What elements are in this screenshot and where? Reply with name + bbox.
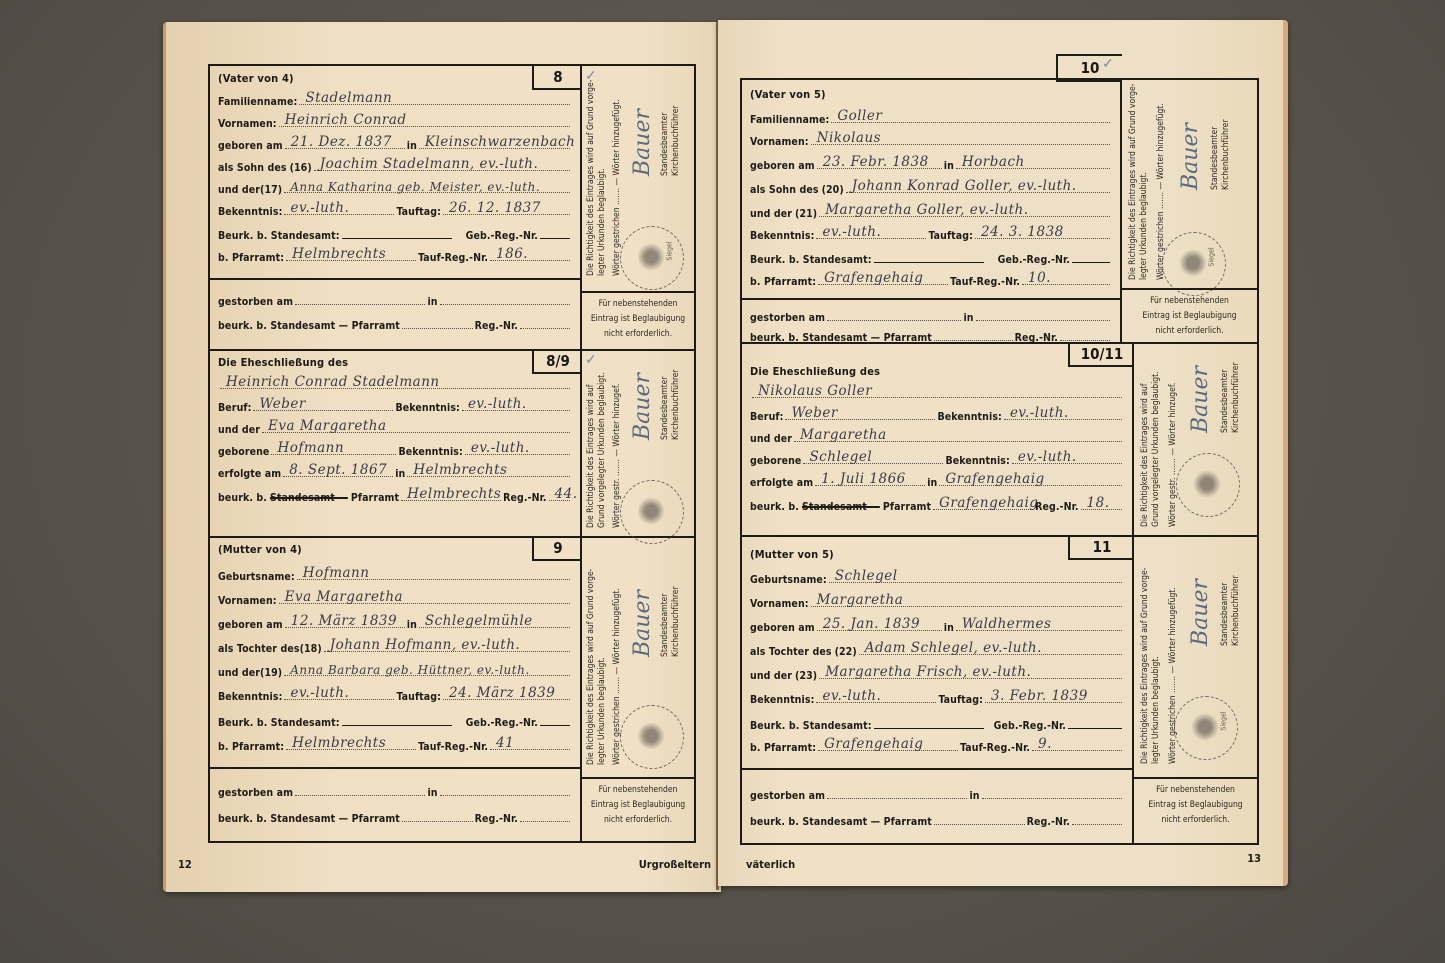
entry-number: 8/9	[532, 350, 582, 374]
marriage-entry: 8/9 ✓ Die Eheschließung des Heinrich Con…	[210, 350, 694, 538]
groom-row: Nikolaus Goller	[750, 381, 1124, 401]
standesamt-row: Beurk. b. Standesamt:Geb.-Reg.-Nr.	[218, 709, 572, 729]
death-registry-row: beurk. b. Standesamt — PfarramtReg.-Nr.	[218, 312, 572, 332]
eagle-icon	[1179, 249, 1207, 277]
bekenntnis-row: Bekenntnis:ev.-luth.Tauftag:24. 3. 1838	[750, 222, 1112, 242]
mother-entry: 9 (Mutter von 4) Geburtsname:Hofmann Vor…	[210, 537, 694, 841]
mother-fields: 9 (Mutter von 4) Geburtsname:Hofmann Vor…	[210, 537, 582, 841]
entry-heading: (Vater von 5)	[750, 88, 826, 101]
father-entry: 10 ✓ (Vater von 5) Familienname:Goller V…	[742, 80, 1257, 344]
entry-heading: (Vater von 4)	[218, 72, 294, 85]
pfarramt-value: Helmbrechts	[292, 246, 386, 262]
geburtsname-row: Geburtsname:Hofmann	[218, 563, 572, 583]
gestorben-row: gestorben amin	[218, 779, 572, 799]
certification-column: Die Richtigkeit des Eintrages wird aufGr…	[1134, 343, 1257, 535]
father-entry: 8 ✓ (Vater von 4) Familienname:Stadelman…	[210, 66, 694, 351]
officer-roles: StandesbeamterKirchenbuchführer	[660, 586, 682, 657]
certification-column: Die Richtigkeit des Eintrages wird auf G…	[582, 537, 694, 841]
und-der-row: und der (23)Margaretha Frisch, ev.-luth.	[750, 662, 1124, 682]
bride-row: und derMargaretha	[750, 425, 1124, 445]
pfarramt-row: b. Pfarramt:GrafengehaigTauf-Reg.-Nr.10.	[750, 268, 1112, 288]
death-registry-row: beurk. b. Standesamt — PfarramtReg.-Nr.	[218, 805, 572, 825]
pfarramt-row: b. Pfarramt:HelmbrechtsTauf-Reg.-Nr.41	[218, 733, 572, 753]
signature: Bauer	[1178, 123, 1203, 190]
signature: Bauer	[630, 109, 655, 176]
groom-value: Heinrich Conrad Stadelmann	[226, 374, 440, 390]
standesamt-row: Beurk. b. Standesamt:Geb.-Reg.-Nr.	[218, 222, 572, 242]
entry-heading: (Mutter von 4)	[218, 543, 302, 556]
und-der-row: und der (21)Margaretha Goller, ev.-luth.	[750, 200, 1112, 220]
officer-roles: StandesbeamterKirchenbuchführer	[1210, 119, 1232, 190]
erfolgte-row: erfolgte am1. Juli 1866inGrafengehaig	[750, 469, 1124, 489]
check-mark: ✓	[1102, 56, 1114, 72]
tochter-row: als Tochter des (22)Adam Schlegel, ev.-l…	[750, 638, 1124, 658]
certification-column: Die Richtigkeit des Eintrages wird auf G…	[1134, 536, 1257, 843]
certification-text: Die Richtigkeit des Eintrages wird aufGr…	[1140, 371, 1162, 527]
marriage-registry-row: beurk. b. Standesamt — PfarramtGrafengeh…	[750, 493, 1124, 513]
vornamen-row: Vornamen:Nikolaus	[750, 128, 1112, 148]
bride-row: und derEva Margaretha	[218, 416, 572, 436]
certification-column: Die Richtigkeit des Eintrages wird aufGr…	[582, 350, 694, 536]
officer-roles: StandesbeamterKirchenbuchführer	[660, 369, 682, 440]
vornamen-row: Vornamen:Margaretha	[750, 590, 1124, 610]
officer-roles: StandesbeamterKirchenbuchführer	[660, 105, 682, 176]
standesamt-row: Beurk. b. Standesamt:Geb.-Reg.-Nr.	[750, 712, 1124, 732]
gestorben-row: gestorben amin	[750, 782, 1124, 802]
mother-parent-value: Anna Katharina geb. Meister, ev.-luth.	[290, 180, 540, 194]
signature: Bauer	[1188, 579, 1213, 646]
official-seal-stamp	[1176, 453, 1240, 517]
gestorben-row: gestorben amin	[750, 304, 1112, 324]
birth-date-value: 21. Dez. 1837	[291, 134, 392, 150]
father-fields: 8 ✓ (Vater von 4) Familienname:Stadelman…	[210, 66, 582, 349]
und-der-row: und der(17)Anna Katharina geb. Meister, …	[218, 176, 572, 196]
eagle-icon	[1193, 470, 1221, 498]
eagle-icon	[637, 497, 665, 525]
entry-heading: (Mutter von 5)	[750, 548, 834, 561]
eagle-icon	[1191, 713, 1219, 741]
marriage-entry: 10/11 Die Eheschließung des Nikolaus Gol…	[742, 343, 1257, 537]
page-number: 13	[1247, 852, 1261, 865]
official-seal-stamp: Siegel	[1174, 696, 1238, 760]
entry-heading: Die Eheschließung des	[218, 356, 348, 369]
certification-text: Die Richtigkeit des Eintrages wird auf G…	[1128, 84, 1150, 280]
death-registry-row: beurk. b. Standesamt — PfarramtReg.-Nr.	[750, 324, 1112, 344]
geborene-row: geboreneHofmannBekenntnis:ev.-luth.	[218, 438, 572, 458]
groom-row: Heinrich Conrad Stadelmann	[218, 372, 572, 392]
bekenntnis-row: Bekenntnis:ev.-luth.Tauftag:24. März 183…	[218, 683, 572, 703]
official-seal-stamp	[620, 705, 684, 769]
beruf-row: Beruf:WeberBekenntnis:ev.-luth.	[218, 394, 572, 414]
signature: Bauer	[1188, 366, 1213, 433]
official-seal-stamp	[620, 480, 684, 544]
geburtsname-row: Geburtsname:Schlegel	[750, 566, 1124, 586]
death-section: gestorben amin beurk. b. Standesamt — Pf…	[742, 298, 1120, 300]
geboren-row: geboren am23. Febr. 1838inHorbach	[750, 152, 1112, 172]
geboren-row: geboren am21. Dez. 1837inKleinschwarzenb…	[218, 132, 572, 152]
mother-fields: 11 (Mutter von 5) Geburtsname:Schlegel V…	[742, 536, 1134, 843]
eagle-icon	[637, 243, 665, 271]
official-seal-stamp: Siegel	[1162, 232, 1226, 296]
certification-column: Die Richtigkeit des Eintrages wird auf G…	[582, 66, 694, 349]
beruf-value: Weber	[259, 396, 305, 412]
right-form-frame: 10 ✓ (Vater von 5) Familienname:Goller V…	[740, 78, 1259, 845]
certification-column: Die Richtigkeit des Eintrages wird auf G…	[1122, 80, 1257, 342]
und-der-row: und der(19)Anna Barbara geb. Hüttner, ev…	[218, 659, 572, 679]
words-note: Wörter gestr. ....... — Wörter hinzugef.	[1168, 383, 1179, 527]
entry-number: 11	[1068, 536, 1134, 560]
page-number: 12	[178, 858, 192, 871]
running-footer: väterlich	[746, 858, 795, 871]
familienname-row: Familienname:Goller	[750, 106, 1112, 126]
entry-number: 10/11	[1068, 343, 1134, 367]
entry-number: 8	[532, 66, 582, 90]
death-registry-row: beurk. b. Standesamt — PfarramtReg.-Nr.	[750, 808, 1124, 828]
geborene-row: geboreneSchlegelBekenntnis:ev.-luth.	[750, 447, 1124, 467]
marriage-registry-row: beurk. b. Standesamt — PfarramtHelmbrech…	[218, 484, 572, 504]
vornamen-value: Heinrich Conrad	[285, 112, 407, 128]
death-section: gestorben amin beurk. b. Standesamt — Pf…	[742, 768, 1132, 770]
vornamen-row: Vornamen:Eva Margaretha	[218, 587, 572, 607]
mother-entry: 11 (Mutter von 5) Geburtsname:Schlegel V…	[742, 536, 1257, 843]
certification-text: Die Richtigkeit des Eintrages wird auf G…	[586, 80, 608, 276]
familienname-value: Stadelmann	[305, 90, 392, 106]
gestorben-row: gestorben amin	[218, 288, 572, 308]
father-parent-value: Joachim Stadelmann, ev.-luth.	[320, 156, 539, 172]
birth-place-value: Kleinschwarzenbach	[425, 134, 575, 150]
geboren-row: geboren am12. März 1839inSchlegelmühle	[218, 611, 572, 631]
tauf-reg-value: 186.	[496, 246, 528, 262]
erfolgte-row: erfolgte am8. Sept. 1867inHelmbrechts	[218, 460, 572, 480]
sohn-row: als Sohn des (16)Joachim Stadelmann, ev.…	[218, 154, 572, 174]
pfarramt-row: b. Pfarramt:HelmbrechtsTauf-Reg.-Nr.186.	[218, 244, 572, 264]
certification-text: Die Richtigkeit des Eintrages wird auf G…	[586, 569, 608, 765]
bekenntnis-row: Bekenntnis:ev.-luth.Tauftag:3. Febr. 183…	[750, 686, 1124, 706]
certification-text: Die Richtigkeit des Eintrages wird auf G…	[1140, 568, 1162, 764]
left-page: 8 ✓ (Vater von 4) Familienname:Stadelman…	[163, 22, 721, 892]
bride-value: Eva Margaretha	[268, 418, 386, 434]
officer-roles: StandesbeamterKirchenbuchführer	[1220, 575, 1242, 646]
death-section: gestorben amin beurk. b. Standesamt — Pf…	[210, 278, 580, 280]
marriage-fields: 8/9 ✓ Die Eheschließung des Heinrich Con…	[210, 350, 582, 536]
father-fields: 10 ✓ (Vater von 5) Familienname:Goller V…	[742, 80, 1122, 342]
tauftag-value: 26. 12. 1837	[449, 200, 541, 216]
right-page: 10 ✓ (Vater von 5) Familienname:Goller V…	[718, 20, 1288, 886]
no-certification-required: Für nebenstehendenEintrag ist Beglaubigu…	[582, 777, 694, 841]
geboren-row: geboren am25. Jan. 1839inWaldhermes	[750, 614, 1124, 634]
no-certification-required: Für nebenstehendenEintrag ist Beglaubigu…	[1134, 777, 1257, 843]
no-certification-required: Für nebenstehendenEintrag ist Beglaubigu…	[1122, 288, 1257, 342]
entry-heading: Die Eheschließung des	[750, 365, 880, 378]
no-certification-required: Für nebenstehendenEintrag ist Beglaubigu…	[582, 291, 694, 349]
pfarramt-row: b. Pfarramt:GrafengehaigTauf-Reg.-Nr.9.	[750, 734, 1124, 754]
bekenntnis-value: ev.-luth.	[290, 200, 349, 216]
death-section: gestorben amin beurk. b. Standesamt — Pf…	[210, 767, 580, 769]
left-form-frame: 8 ✓ (Vater von 4) Familienname:Stadelman…	[208, 64, 696, 843]
certification-text: Die Richtigkeit des Eintrages wird aufGr…	[586, 372, 608, 528]
signature: Bauer	[630, 373, 655, 440]
marriage-fields: 10/11 Die Eheschließung des Nikolaus Gol…	[742, 343, 1134, 535]
signature: Bauer	[630, 590, 655, 657]
entry-number: 9	[532, 537, 582, 561]
sohn-row: als Sohn des (20)Johann Konrad Goller, e…	[750, 176, 1112, 196]
official-seal-stamp: Siegel	[620, 226, 684, 290]
tochter-row: als Tochter des(18)Johann Hofmann, ev.-l…	[218, 635, 572, 655]
familienname-row: Familienname:Stadelmann	[218, 88, 572, 108]
beruf-row: Beruf:WeberBekenntnis:ev.-luth.	[750, 403, 1124, 423]
officer-roles: StandesbeamterKirchenbuchführer	[1220, 362, 1242, 433]
standesamt-row: Beurk. b. Standesamt:Geb.-Reg.-Nr.	[750, 246, 1112, 266]
eagle-icon	[637, 722, 665, 750]
vornamen-row: Vornamen:Heinrich Conrad	[218, 110, 572, 130]
bekenntnis-row: Bekenntnis:ev.-luth.Tauftag:26. 12. 1837	[218, 198, 572, 218]
running-footer: Urgroßeltern	[639, 858, 711, 871]
